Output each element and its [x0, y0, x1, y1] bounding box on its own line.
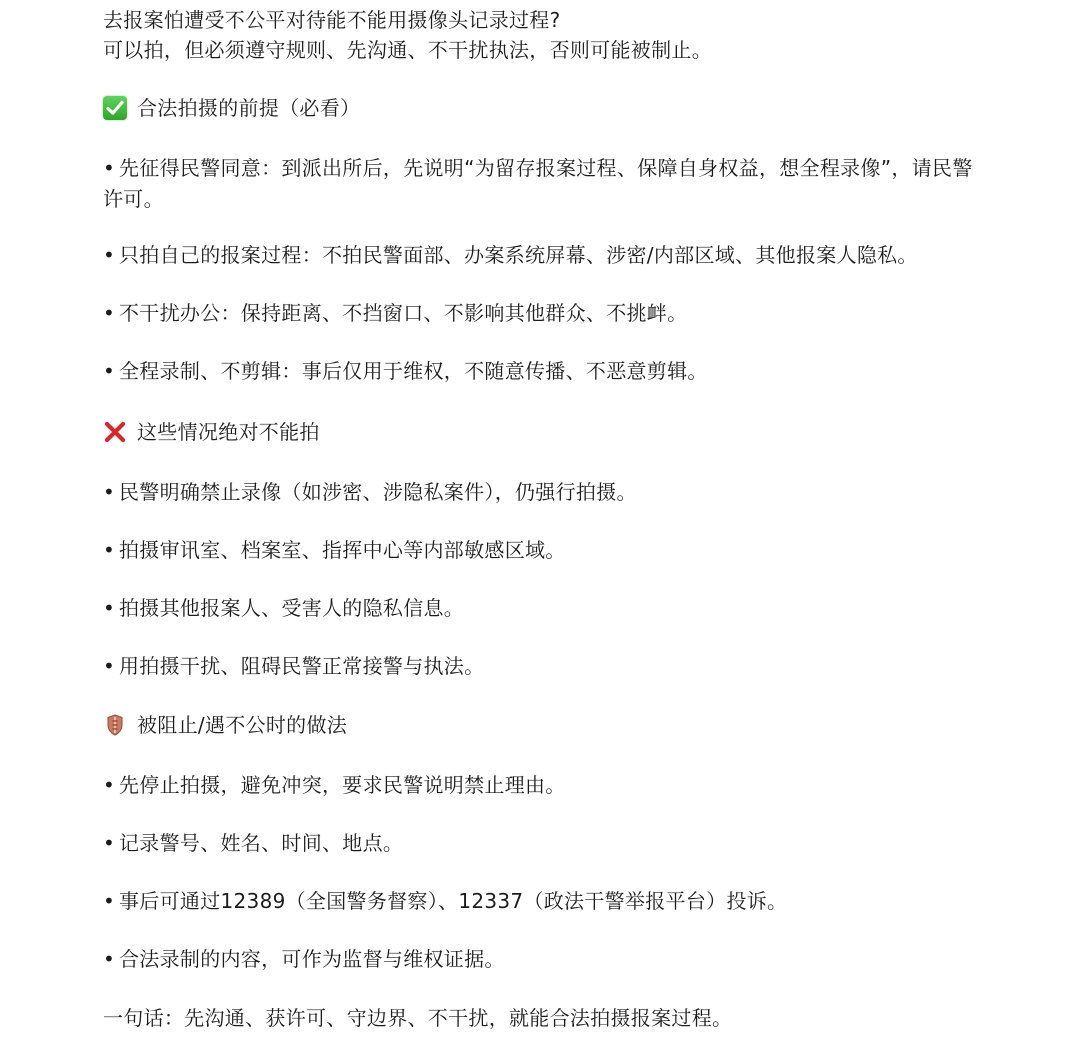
list-item-text: 合法录制的内容，可作为监督与维权证据。	[119, 947, 505, 971]
summary-line: 一句话：先沟通、获许可、守边界、不干扰，就能合法拍摄报案过程。	[103, 1004, 732, 1032]
list-item-text: 事后可通过12389（全国警务督察）、12337（政法干警举报平台）投诉。	[119, 889, 787, 913]
bullet-glyph: •	[103, 887, 119, 915]
bullet-glyph: •	[103, 241, 119, 269]
list-item-text: 记录警号、姓名、时间、地点。	[119, 831, 403, 855]
list-item-text: 拍摄审讯室、档案室、指挥中心等内部敏感区域。	[119, 538, 566, 562]
list-item-text: 民警明确禁止录像（如涉密、涉隐私案件），仍强行拍摄。	[119, 480, 637, 504]
list-item: •事后可通过12389（全国警务督察）、12337（政法干警举报平台）投诉。	[103, 887, 787, 915]
list-item-text: 拍摄其他报案人、受害人的隐私信息。	[119, 596, 464, 620]
bullet-glyph: •	[103, 536, 119, 564]
section-heading-text: 合法拍摄的前提（必看）	[137, 94, 360, 122]
bullet-glyph: •	[103, 299, 119, 327]
bullet-glyph: •	[103, 945, 119, 973]
list-item-text: 先停止拍摄，避免冲突，要求民警说明禁止理由。	[119, 773, 566, 797]
section-heading-legal-prerequisites: 合法拍摄的前提（必看）	[103, 94, 360, 122]
subtitle-line: 可以拍，但必须遵守规则、先沟通、不干扰执法，否则可能被制止。	[103, 36, 712, 64]
list-item-text: 不干扰办公：保持距离、不挡窗口、不影响其他群众、不挑衅。	[119, 301, 687, 325]
section-heading-when-blocked: 被阻止/遇不公时的做法	[103, 711, 347, 739]
green-check-icon	[103, 96, 127, 120]
list-item-text: 先征得民警同意：到派出所后，先说明“为留存报案过程、保障自身权益，想全程录像”，…	[103, 156, 973, 211]
list-item: •只拍自己的报案过程：不拍民警面部、办案系统屏幕、涉密/内部区域、其他报案人隐私…	[103, 241, 918, 269]
list-item: •先征得民警同意：到派出所后，先说明“为留存报案过程、保障自身权益，想全程录像”…	[103, 153, 973, 215]
list-item: •记录警号、姓名、时间、地点。	[103, 829, 403, 857]
list-item: •先停止拍摄，避免冲突，要求民警说明禁止理由。	[103, 771, 566, 799]
title-line: 去报案怕遭受不公平对待能不能用摄像头记录过程?	[103, 6, 561, 34]
list-item-text: 用拍摄干扰、阻碍民警正常接警与执法。	[119, 654, 484, 678]
list-item: •拍摄其他报案人、受害人的隐私信息。	[103, 594, 464, 622]
bullet-glyph: •	[103, 153, 119, 184]
list-item: •合法录制的内容，可作为监督与维权证据。	[103, 945, 505, 973]
list-item: •全程录制、不剪辑：事后仅用于维权，不随意传播、不恶意剪辑。	[103, 357, 708, 385]
list-item: •拍摄审讯室、档案室、指挥中心等内部敏感区域。	[103, 536, 566, 564]
section-heading-text: 被阻止/遇不公时的做法	[137, 711, 347, 739]
section-heading-text: 这些情况绝对不能拍	[137, 418, 320, 446]
section-heading-prohibited: 这些情况绝对不能拍	[103, 418, 320, 446]
list-item-text: 全程录制、不剪辑：事后仅用于维权，不随意传播、不恶意剪辑。	[119, 359, 708, 383]
bullet-glyph: •	[103, 594, 119, 622]
bullet-glyph: •	[103, 771, 119, 799]
list-item: •用拍摄干扰、阻碍民警正常接警与执法。	[103, 652, 484, 680]
bullet-glyph: •	[103, 829, 119, 857]
list-item: •民警明确禁止录像（如涉密、涉隐私案件），仍强行拍摄。	[103, 478, 637, 506]
bullet-glyph: •	[103, 652, 119, 680]
list-item: •不干扰办公：保持距离、不挡窗口、不影响其他群众、不挑衅。	[103, 299, 687, 327]
red-cross-icon	[103, 420, 127, 444]
bullet-glyph: •	[103, 478, 119, 506]
bullet-glyph: •	[103, 357, 119, 385]
list-item-text: 只拍自己的报案过程：不拍民警面部、办案系统屏幕、涉密/内部区域、其他报案人隐私。	[119, 243, 918, 267]
shield-icon	[103, 713, 127, 737]
